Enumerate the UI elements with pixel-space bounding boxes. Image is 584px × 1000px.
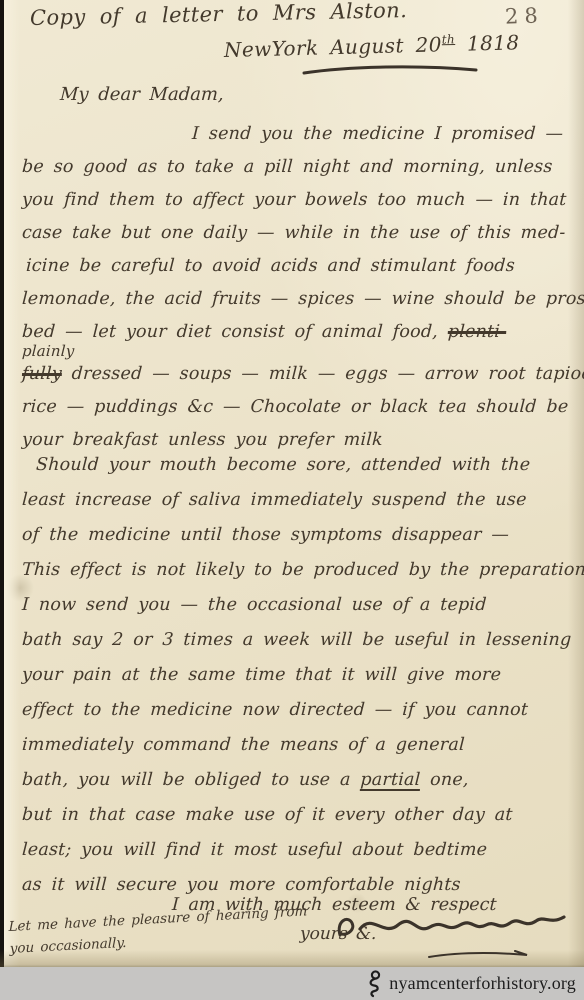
letter-line: bath say 2 or 3 times a week will be use…: [21, 623, 579, 658]
line-text: I send you the medicine I promised —: [192, 124, 564, 144]
line-text: you find them to affect your bowels too …: [22, 190, 568, 210]
struck-word: plenti-: [447, 322, 506, 342]
line-text: least increase of saliva immediately sus…: [22, 490, 528, 510]
line-text: case take but one daily — while in the u…: [22, 223, 567, 243]
letter-line: I send you the medicine I promised —: [191, 118, 579, 151]
dateline-underline-flourish: [300, 64, 480, 76]
line-text: your pain at the same time that it will …: [22, 665, 502, 685]
line-text: effect to the medicine now directed — if…: [22, 700, 529, 720]
struck-word: fully: [22, 364, 63, 384]
letter-line: I now send you — the occasional use of a…: [21, 588, 579, 623]
letter-line: icine be careful to avoid acids and stim…: [25, 250, 579, 283]
line-text: This effect is not likely to be produced…: [22, 560, 584, 580]
signature-underline-flourish: [425, 948, 535, 962]
letter-line: of the medicine until those symptoms dis…: [21, 518, 579, 553]
letter-line: effect to the medicine now directed — if…: [21, 693, 579, 728]
letter-line: least; you will find it most useful abou…: [21, 833, 579, 868]
letter-line: case take but one daily — while in the u…: [21, 217, 579, 250]
letter-line: bath, you will be obliged to use a parti…: [21, 763, 579, 798]
letter-line: immediately command the means of a gener…: [21, 728, 579, 763]
line-text: as it will secure you more comfortable n…: [22, 875, 462, 895]
letter-body-paragraph-1: I send you the medicine I promised —be s…: [22, 118, 578, 457]
letter-line: fully dressed — soups — milk — eggs — ar…: [21, 358, 579, 391]
line-text: icine be careful to avoid acids and stim…: [26, 256, 516, 276]
watermark-bar: nyamcenterforhistory.org: [0, 967, 584, 1000]
letter-line: This effect is not likely to be produced…: [21, 553, 579, 588]
dateline-ordinal: th: [442, 32, 456, 46]
line-text: but in that case make use of it every ot…: [22, 805, 514, 825]
handwritten-signature-scrawl: [332, 903, 572, 953]
letter-line: your pain at the same time that it will …: [21, 658, 579, 693]
line-text: rice — puddings &c — Chocolate or black …: [22, 397, 569, 417]
line-text: your breakfast unless you prefer milk: [22, 430, 384, 450]
letter-line: you find them to affect your bowels too …: [21, 184, 579, 217]
line-text: one,: [420, 770, 469, 790]
serpent-staff-icon: [364, 970, 384, 998]
page-number: 28: [505, 3, 545, 28]
letter-line: Should your mouth become sore, attended …: [35, 448, 579, 483]
watermark-url-text: nyamcenterforhistory.org: [389, 973, 576, 994]
letter-body-paragraph-2: Should your mouth become sore, attended …: [22, 448, 578, 903]
line-text: I now send you — the occasional use of a…: [22, 595, 488, 615]
line-text: least; you will find it most useful abou…: [22, 840, 488, 860]
line-text: bed — let your diet consist of animal fo…: [22, 322, 449, 342]
letter-salutation: My dear Madam,: [59, 84, 224, 105]
line-text: immediately command the means of a gener…: [22, 735, 466, 755]
line-text: bath say 2 or 3 times a week will be use…: [22, 630, 572, 650]
line-text: of the medicine until those symptoms dis…: [22, 525, 510, 545]
line-text: be so good as to take a pill night and m…: [22, 157, 554, 177]
letter-line: be so good as to take a pill night and m…: [21, 151, 579, 184]
line-text: dressed — soups — milk — eggs — arrow ro…: [61, 364, 584, 384]
line-text: Should your mouth become sore, attended …: [36, 455, 531, 475]
underlined-word: partial: [360, 770, 421, 790]
letter-line: least increase of saliva immediately sus…: [21, 483, 579, 518]
line-text: bath, you will be obliged to use a: [22, 770, 361, 790]
letter-line: plainly: [22, 344, 579, 358]
gutter-highlight: [4, 0, 20, 967]
letter-line: but in that case make use of it every ot…: [21, 798, 579, 833]
dateline-year: 1818: [455, 30, 520, 56]
letter-line: rice — puddings &c — Chocolate or black …: [21, 391, 579, 424]
letter-scan: 28 Copy of a letter to Mrs Alston. NewYo…: [0, 0, 584, 1000]
line-text: lemonade, the acid fruits — spices — win…: [22, 289, 584, 309]
letter-line: lemonade, the acid fruits — spices — win…: [21, 283, 579, 316]
